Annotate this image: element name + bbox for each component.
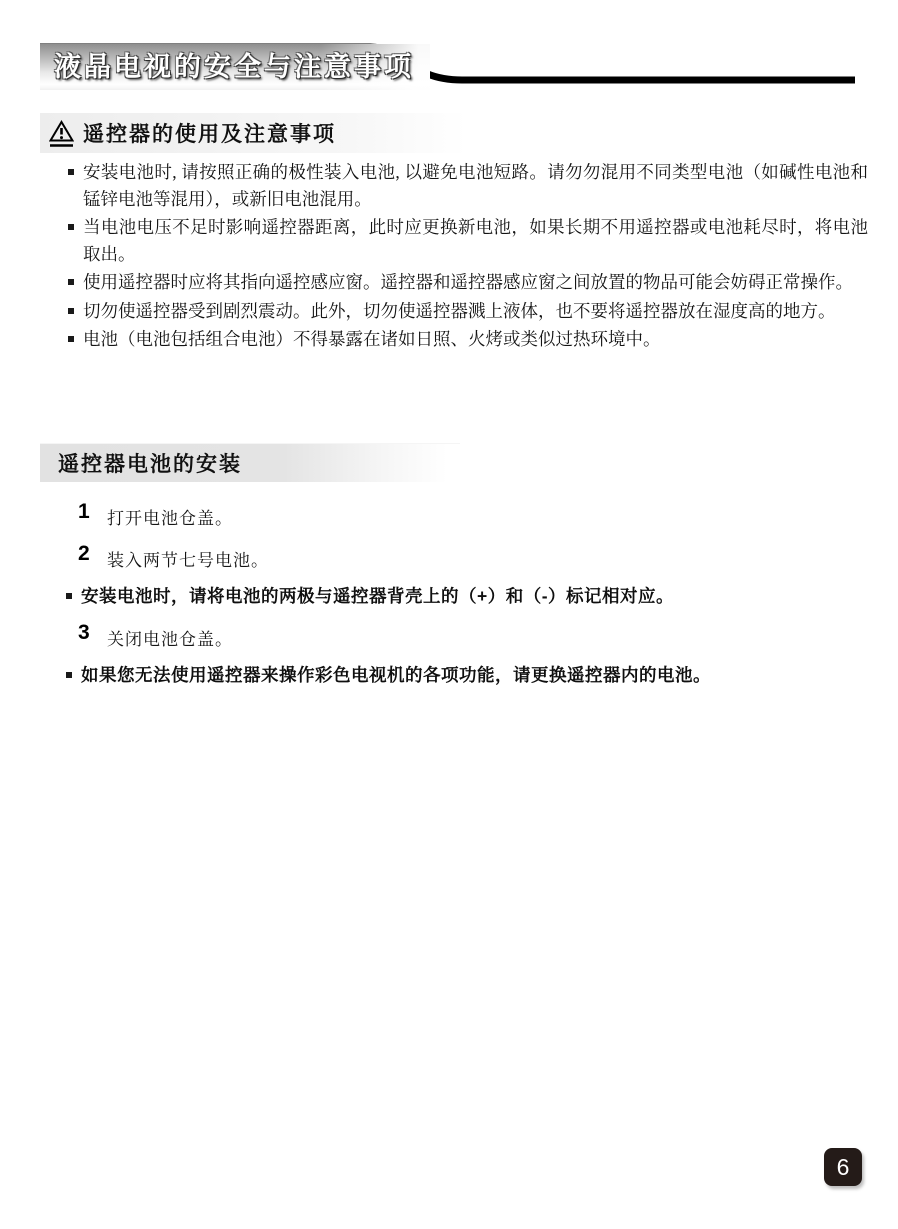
section-title: 遥控器的使用及注意事项 xyxy=(83,118,336,148)
note-text: 安装电池时，请将电池的两极与遥控器背壳上的（+）和（-）标记相对应。 xyxy=(81,586,674,606)
note-item: 如果您无法使用遥控器来操作彩色电视机的各项功能，请更换遥控器内的电池。 xyxy=(66,663,856,687)
step-text: 关闭电池仓盖。 xyxy=(107,621,233,650)
list-item: 切勿使遥控器受到剧烈震动。此外，切勿使遥控器溅上液体，也不要将遥控器放在湿度高的… xyxy=(68,298,868,325)
section-heading-battery-install: 遥控器电池的安装 xyxy=(40,443,460,482)
note-item: 安装电池时，请将电池的两极与遥控器背壳上的（+）和（-）标记相对应。 xyxy=(66,584,856,608)
list-item: 使用遥控器时应将其指向遥控感应窗。遥控器和遥控器感应窗之间放置的物品可能会妨碍正… xyxy=(68,269,868,296)
bullet-icon xyxy=(68,224,74,230)
step-item: 1 打开电池仓盖。 xyxy=(66,500,856,529)
step-number: 3 xyxy=(78,621,93,645)
banner-gradient-bar: 液晶电视的安全与注意事项 xyxy=(40,44,430,90)
bullet-icon xyxy=(68,279,74,285)
step-number: 1 xyxy=(78,500,93,524)
bullet-icon xyxy=(66,672,72,678)
note-text: 如果您无法使用遥控器来操作彩色电视机的各项功能，请更换遥控器内的电池。 xyxy=(81,665,711,685)
list-item: 当电池电压不足时影响遥控器距离，此时应更换新电池，如果长期不用遥控器或电池耗尽时… xyxy=(68,214,868,267)
list-item: 安装电池时, 请按照正确的极性装入电池, 以避免电池短路。请勿勿混用不同类型电池… xyxy=(68,159,868,212)
section-heading-remote-usage: 遥控器的使用及注意事项 xyxy=(40,113,485,153)
section-title: 遥控器电池的安装 xyxy=(58,448,242,478)
step-number: 2 xyxy=(78,542,93,566)
page-number: 6 xyxy=(837,1154,850,1181)
list-item: 电池（电池包括组合电池）不得暴露在诸如日照、火烤或类似过热环境中。 xyxy=(68,326,868,353)
bullet-text: 当电池电压不足时影响遥控器距离，此时应更换新电池，如果长期不用遥控器或电池耗尽时… xyxy=(83,217,868,264)
page-number-badge: 6 xyxy=(824,1148,862,1186)
step-item: 2 装入两节七号电池。 xyxy=(66,542,856,571)
battery-install-steps: 1 打开电池仓盖。 2 装入两节七号电池。 安装电池时，请将电池的两极与遥控器背… xyxy=(66,492,856,700)
bullet-text: 使用遥控器时应将其指向遥控感应窗。遥控器和遥控器感应窗之间放置的物品可能会妨碍正… xyxy=(83,272,853,292)
remote-usage-bullet-list: 安装电池时, 请按照正确的极性装入电池, 以避免电池短路。请勿勿混用不同类型电池… xyxy=(68,159,868,355)
bullet-icon xyxy=(68,308,74,314)
bullet-text: 切勿使遥控器受到剧烈震动。此外，切勿使遥控器溅上液体，也不要将遥控器放在湿度高的… xyxy=(83,301,836,321)
bullet-icon xyxy=(68,169,74,175)
step-text: 打开电池仓盖。 xyxy=(107,500,233,529)
bullet-text: 安装电池时, 请按照正确的极性装入电池, 以避免电池短路。请勿勿混用不同类型电池… xyxy=(83,162,868,209)
bullet-icon xyxy=(68,336,74,342)
step-text: 装入两节七号电池。 xyxy=(107,542,269,571)
warning-icon xyxy=(49,120,74,147)
bullet-icon xyxy=(66,593,72,599)
bullet-text: 电池（电池包括组合电池）不得暴露在诸如日照、火烤或类似过热环境中。 xyxy=(83,329,661,349)
manual-page: 液晶电视的安全与注意事项 遥控器的使用及注意事项 安装电池时, 请按照正确的极性… xyxy=(0,0,898,1229)
step-item: 3 关闭电池仓盖。 xyxy=(66,621,856,650)
page-title: 液晶电视的安全与注意事项 xyxy=(40,44,430,90)
